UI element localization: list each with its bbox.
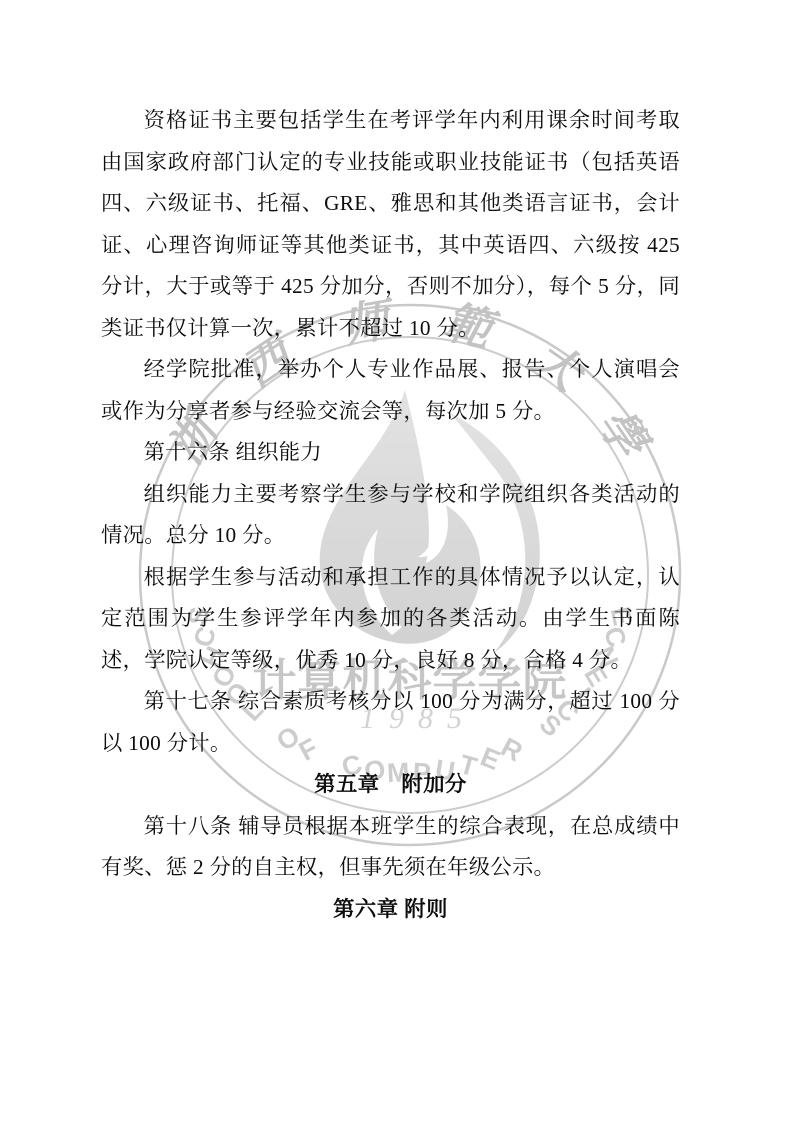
chapter-heading: 第五章 附加分 <box>101 764 680 806</box>
paragraph: 资格证书主要包括学生在考评学年内利用课余时间考取由国家政府部门认定的专业技能或职… <box>101 100 680 349</box>
document-body: 资格证书主要包括学生在考评学年内利用课余时间考取由国家政府部门认定的专业技能或职… <box>101 0 680 930</box>
paragraph: 第十七条 综合素质考核分以 100 分为满分，超过 100 分以 100 分计。 <box>101 681 680 764</box>
paragraph: 经学院批准，举办个人专业作品展、报告、个人演唱会或作为分享者参与经验交流会等，每… <box>101 349 680 432</box>
paragraph: 根据学生参与活动和承担工作的具体情况予以认定，认定范围为学生参评学年内参加的各类… <box>101 557 680 682</box>
document-page: 浙西师範大學 计算机科学学院 1985 SCHOOL OF COMPUTER S… <box>0 0 794 1123</box>
paragraph: 第十六条 组织能力 <box>101 432 680 474</box>
paragraph: 第十八条 辅导员根据本班学生的综合表现，在总成绩中有奖、惩 2 分的自主权，但事… <box>101 806 680 889</box>
chapter-heading: 第六章 附则 <box>101 889 680 931</box>
paragraph: 组织能力主要考察学生参与学校和学院组织各类活动的情况。总分 10 分。 <box>101 474 680 557</box>
